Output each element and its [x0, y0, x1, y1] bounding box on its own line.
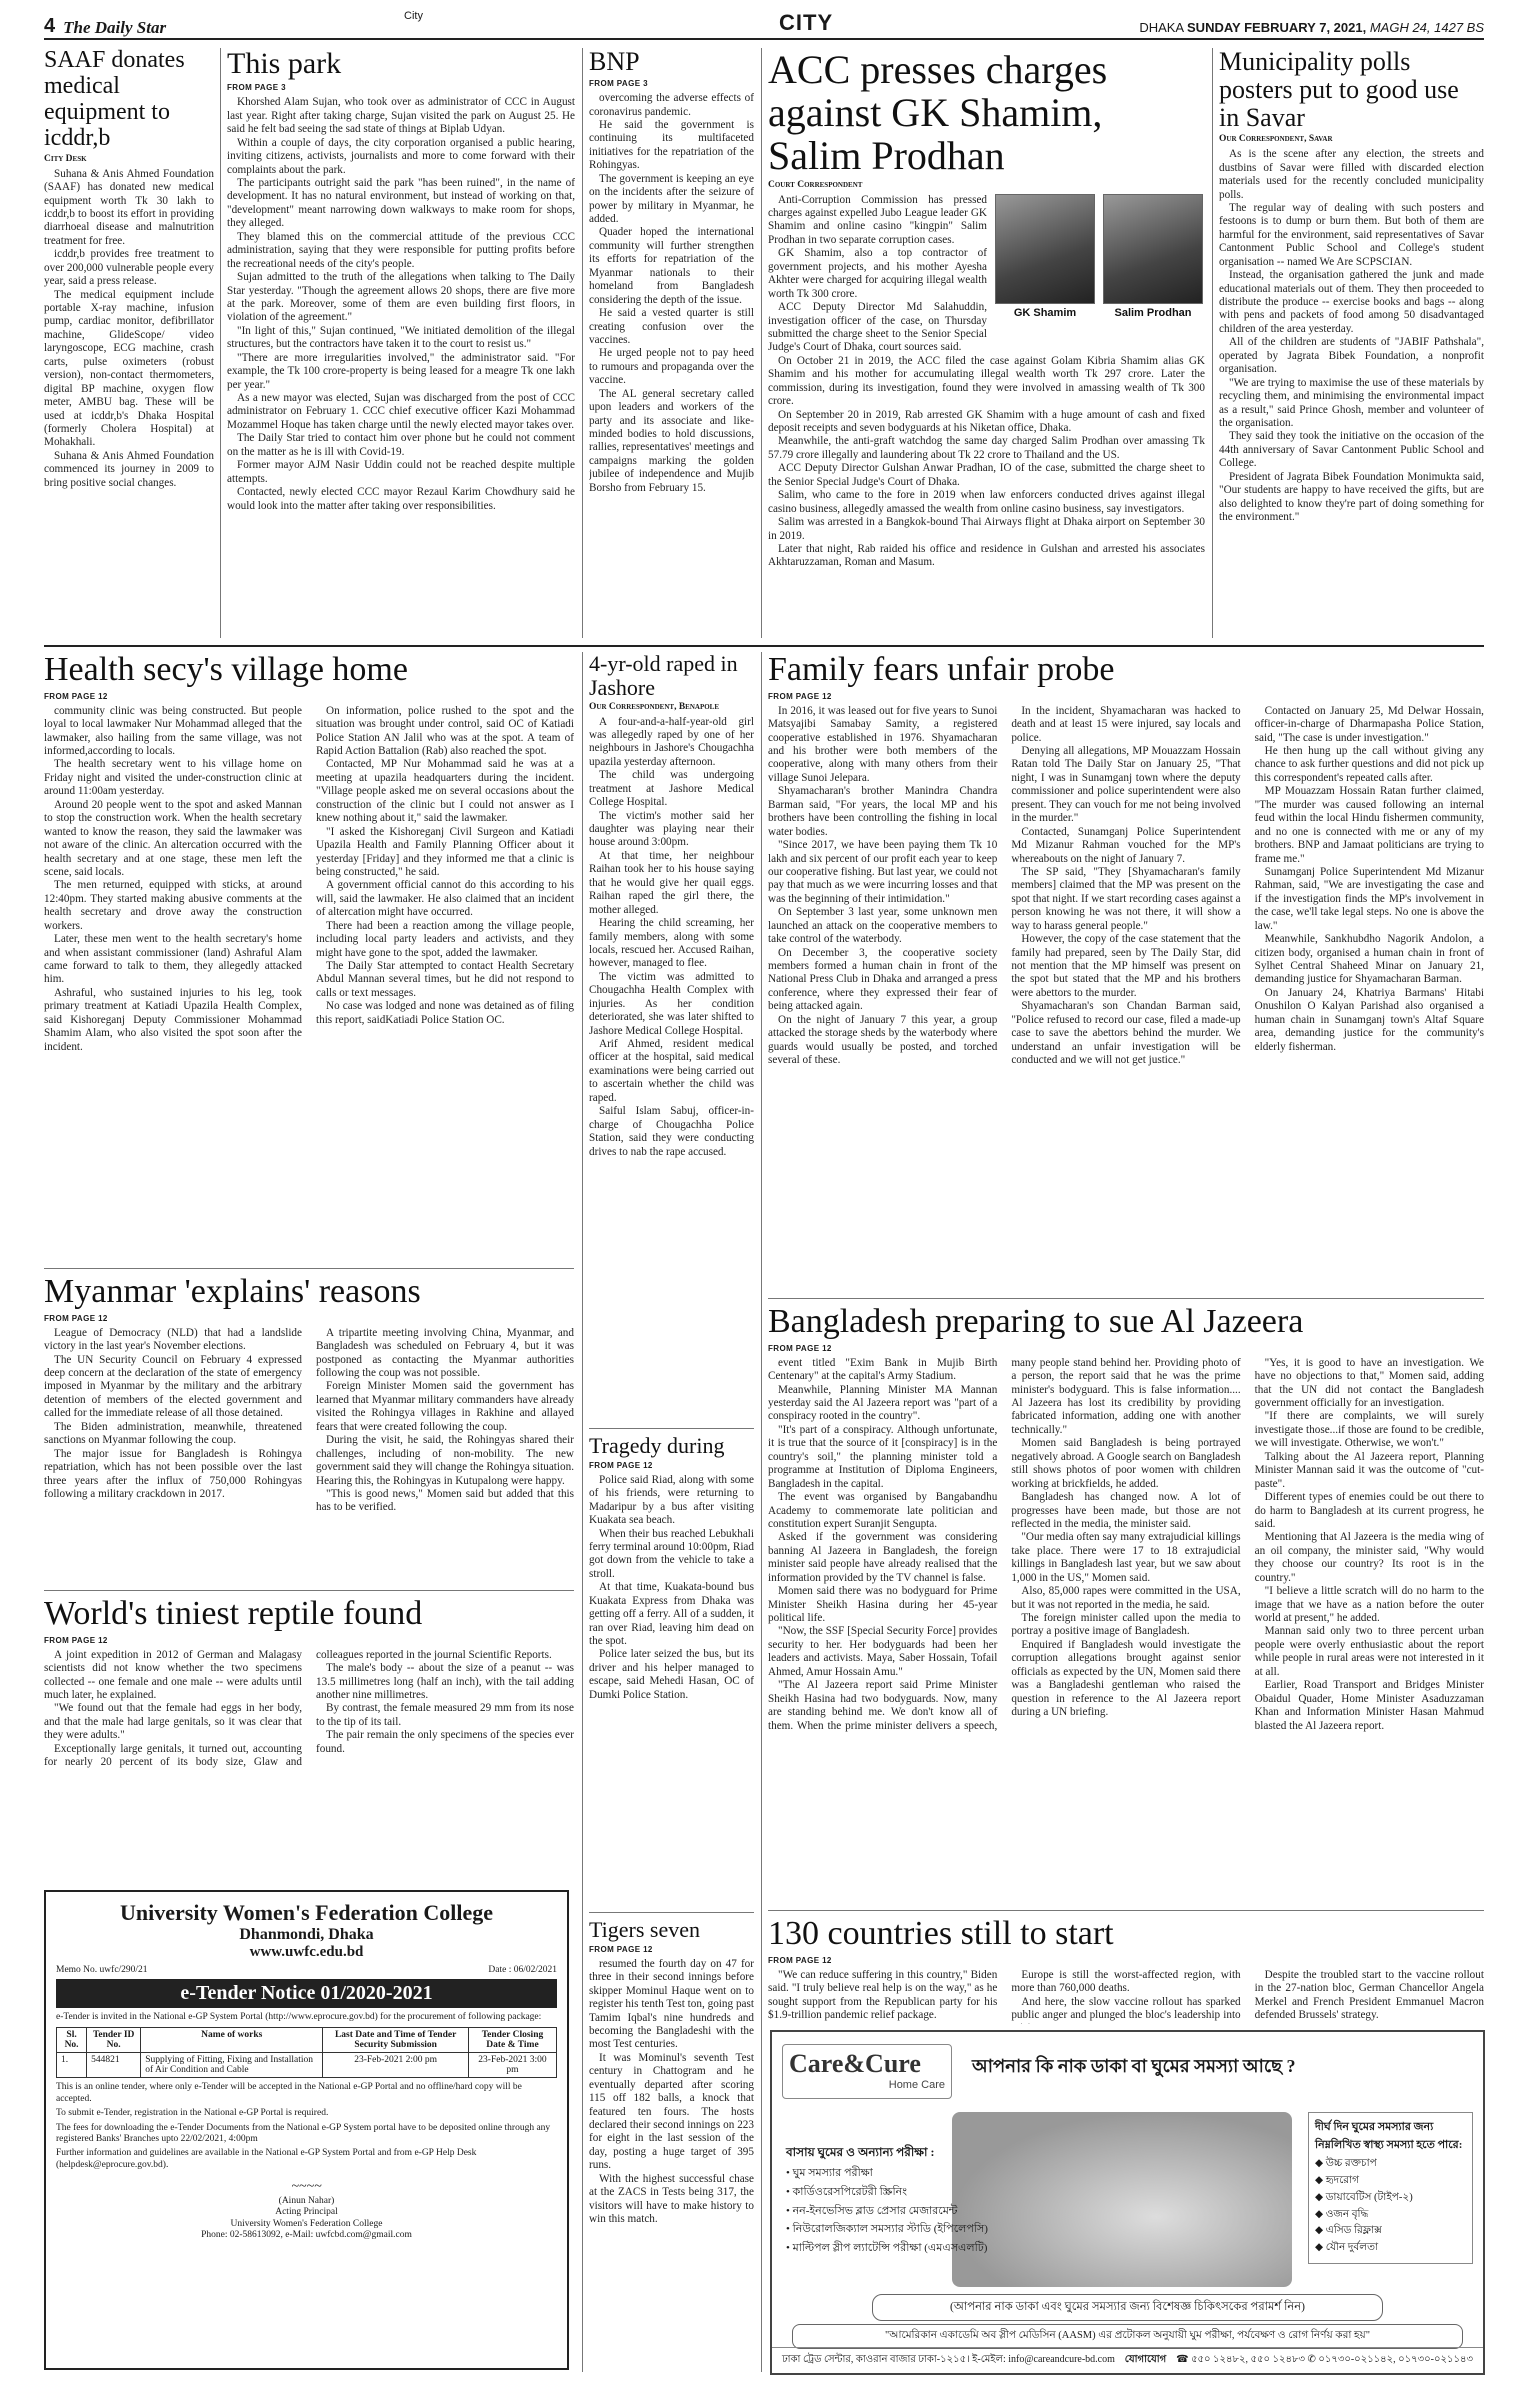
contact-label: যোগাযোগ — [1125, 2352, 1166, 2369]
institution-website: www.uwfc.edu.bd — [56, 1944, 557, 1961]
article-body: Khorshed Alam Sujan, who took over as ad… — [227, 96, 575, 513]
article-body: community clinic was being constructed. … — [44, 705, 574, 1054]
section-title: CITY — [779, 10, 833, 36]
article-myanmar: Myanmar 'explains' reasons FROM PAGE 12 … — [44, 1274, 574, 1584]
article-body: As is the scene after any election, the … — [1219, 148, 1484, 524]
article-body: overcoming the adverse effects of corona… — [589, 92, 754, 495]
article-tigers-seven: Tigers seven FROM PAGE 12 resumed the fo… — [589, 1918, 754, 2378]
notice-title: e-Tender Notice 01/2020-2021 — [56, 1979, 557, 2008]
institution-location: Dhanmondi, Dhaka — [56, 1926, 557, 1944]
ad-question: আপনার কি নাক ডাকা বা ঘুমের সমস্যা আছে ? — [972, 2052, 1296, 2083]
jump-source: FROM PAGE 12 — [589, 1461, 754, 1470]
jump-source: FROM PAGE 12 — [768, 692, 1484, 701]
headline: BNP — [589, 48, 754, 76]
address: ঢাকা ট্রেড সেন্টার, কাওরান বাজার ঢাকা-১২… — [782, 2352, 1115, 2369]
jump-source: FROM PAGE 12 — [44, 1636, 574, 1645]
article-130-countries: 130 countries still to start FROM PAGE 1… — [768, 1916, 1484, 2024]
headline: SAAF donates medical equipment to icddr,… — [44, 48, 214, 152]
byline: Our Correspondent, Benapole — [589, 702, 754, 712]
jump-source: FROM PAGE 3 — [589, 79, 754, 88]
article-body: event titled "Exim Bank in Mujib Birth C… — [768, 1357, 1484, 1733]
headline: Myanmar 'explains' reasons — [44, 1274, 574, 1311]
article-body: "We can reduce suffering in this country… — [768, 1969, 1484, 2024]
tender-advertisement: University Women's Federation College Dh… — [44, 1890, 569, 2370]
section-label-small: City — [404, 10, 423, 22]
memo-date: Date : 06/02/2021 — [488, 1965, 557, 1975]
jump-source: FROM PAGE 12 — [44, 1314, 574, 1323]
article-tragedy: Tragedy during FROM PAGE 12 Police said … — [589, 1434, 754, 1724]
headline: Municipality polls posters put to good u… — [1219, 48, 1484, 132]
byline: Our Correspondent, Savar — [1219, 134, 1484, 144]
article-family-fears: Family fears unfair probe FROM PAGE 12 I… — [768, 652, 1484, 1292]
article-body: Police said Riad, along with some of his… — [589, 1474, 754, 1702]
tender-table: Sl. No.Tender ID No.Name of worksLast Da… — [56, 2027, 557, 2078]
article-health-secy: Health secy's village home FROM PAGE 12 … — [44, 652, 574, 1262]
ad-footer: ঢাকা ট্রেড সেন্টার, কাওরান বাজার ঢাকা-১২… — [772, 2347, 1483, 2373]
article-acc-charges: ACC presses charges against GK Shamim, S… — [768, 48, 1205, 638]
headline: Tragedy during — [589, 1434, 754, 1458]
headline: Tigers seven — [589, 1918, 754, 1942]
article-saaf: SAAF donates medical equipment to icddr,… — [44, 48, 214, 638]
headline: Health secy's village home — [44, 652, 574, 689]
brand-logo: Care&Cure Home Care — [782, 2044, 952, 2099]
headline: 130 countries still to start — [768, 1916, 1484, 1953]
article-body: In 2016, it was leased out for five year… — [768, 705, 1484, 1068]
dateline: DHAKA SUNDAY FEBRUARY 7, 2021, MAGH 24, … — [1139, 20, 1484, 35]
notice-intro: e-Tender is invited in the National e-GP… — [56, 2012, 557, 2023]
care-cure-advertisement: Care&Cure Home Care আপনার কি নাক ডাকা বা… — [770, 2030, 1485, 2375]
jump-source: FROM PAGE 12 — [589, 1945, 754, 1954]
institution-name: University Women's Federation College — [56, 1900, 557, 1926]
headline: Bangladesh preparing to sue Al Jazeera — [768, 1304, 1484, 1341]
table-row: 1.544821Supplying of Fitting, Fixing and… — [57, 2053, 557, 2078]
health-risks-box: দীর্ঘ দিন ঘুমের সমস্যার জন্য নিম্নলিখিত … — [1308, 2112, 1473, 2264]
jump-source: FROM PAGE 3 — [227, 83, 575, 92]
photo-pair: GK Shamim Salim Prodhan — [995, 194, 1205, 334]
advice-banner: (আপনার নাক ডাকা এবং ঘুমের সমস্যার জন্য ব… — [872, 2294, 1383, 2321]
photo-salim-prodhan: Salim Prodhan — [1103, 194, 1203, 304]
article-jashore: 4-yr-old raped in Jashore Our Correspond… — [589, 652, 754, 1422]
article-body: League of Democracy (NLD) that had a lan… — [44, 1327, 574, 1515]
article-body: Suhana & Anis Ahmed Foundation (SAAF) ha… — [44, 168, 214, 491]
memo-number: Memo No. uwfc/290/21 — [56, 1965, 148, 1975]
tests-list: বাসায় ঘুমের ও অন্যান্য পরীক্ষা : • ঘুম … — [786, 2142, 1016, 2258]
article-body: A four-and-a-half-year-old girl was alle… — [589, 716, 754, 1159]
article-tiniest-reptile: World's tiniest reptile found FROM PAGE … — [44, 1596, 574, 1876]
article-al-jazeera: Bangladesh preparing to sue Al Jazeera F… — [768, 1304, 1484, 1904]
jump-source: FROM PAGE 12 — [44, 692, 574, 701]
signature-block: ~~~~ (Ainun Nahar) Acting Principal Univ… — [56, 2179, 557, 2241]
byline: City Desk — [44, 154, 214, 164]
headline: 4-yr-old raped in Jashore — [589, 652, 754, 700]
article-body: A joint expedition in 2012 of German and… — [44, 1649, 574, 1770]
jump-source: FROM PAGE 12 — [768, 1344, 1484, 1353]
article-municipality-posters: Municipality polls posters put to good u… — [1219, 48, 1484, 638]
article-this-park: This park FROM PAGE 3 Khorshed Alam Suja… — [227, 48, 575, 638]
article-body: resumed the fourth day on 47 for three i… — [589, 1958, 754, 2227]
article-bnp: BNP FROM PAGE 3 overcoming the adverse e… — [589, 48, 754, 638]
aasm-banner: "আমেরিকান একাডেমি অব স্লীপ মেডিসিন (AASM… — [792, 2324, 1463, 2349]
jump-source: FROM PAGE 12 — [768, 1956, 1484, 1965]
headline: This park — [227, 48, 575, 80]
byline: Court Correspondent — [768, 180, 1205, 190]
headline: ACC presses charges against GK Shamim, S… — [768, 48, 1205, 178]
phone-numbers: ☎ ৫৫০ ১২৪৮২, ৫৫০ ১২৪৮৩ ✆ ০১৭৩০-০২১১৪২, ০… — [1176, 2352, 1473, 2369]
headline: World's tiniest reptile found — [44, 1596, 574, 1633]
masthead: 4 The Daily Star City CITY DHAKA SUNDAY … — [44, 10, 1484, 40]
page-number: 4 — [44, 15, 55, 38]
headline: Family fears unfair probe — [768, 652, 1484, 689]
photo-gk-shamim: GK Shamim — [995, 194, 1095, 304]
paper-logo: The Daily Star — [63, 18, 166, 38]
